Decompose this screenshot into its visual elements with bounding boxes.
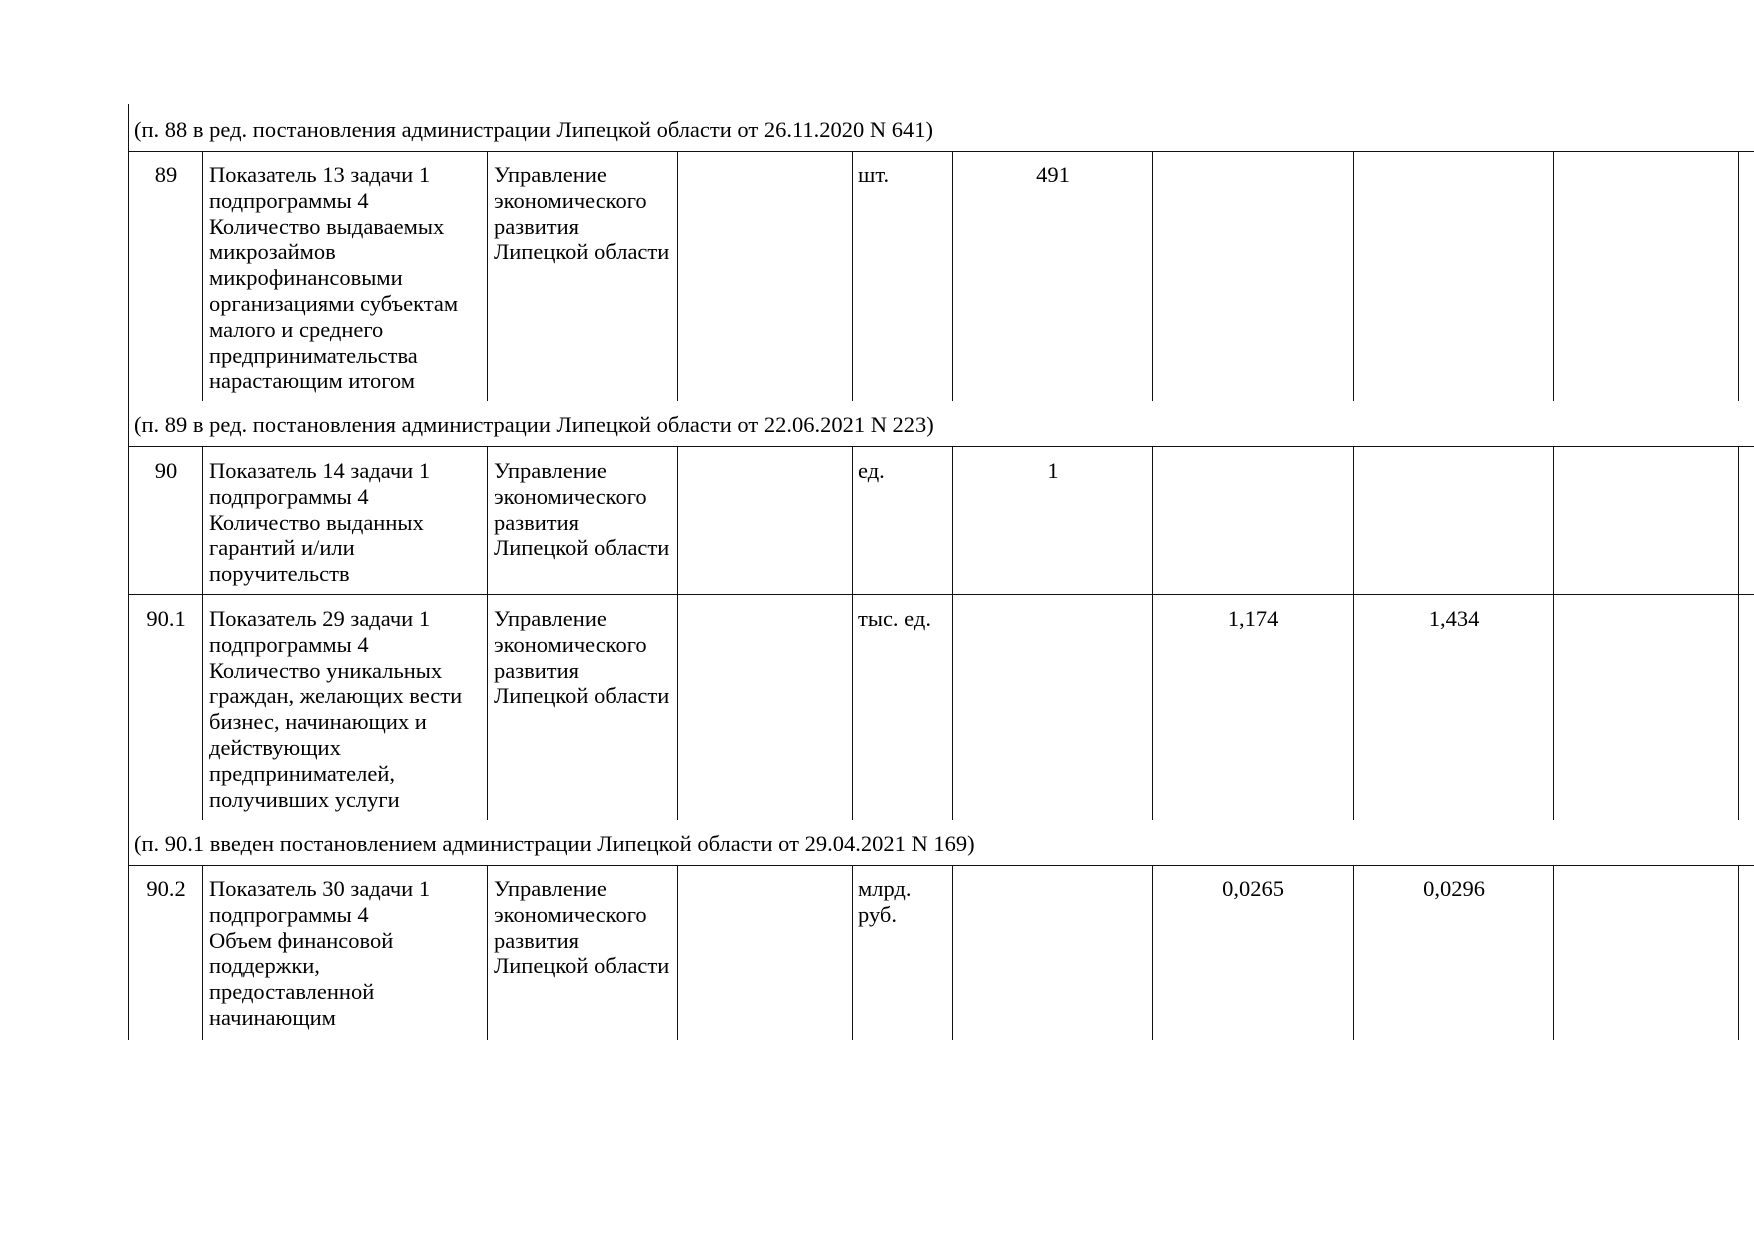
column-divider [1152,446,1153,820]
column-divider [1738,865,1739,1040]
column-divider [677,151,678,401]
column-divider [852,865,853,1040]
row-number: 89 [130,162,202,188]
value-cell: 491 [953,162,1153,188]
column-divider [1353,446,1354,820]
column-divider [1553,151,1554,401]
column-divider [487,446,488,820]
value-cell: 1,174 [1153,606,1353,632]
unit-cell: тыс. ед. [858,606,950,632]
amendment-note: (п. 90.1 введен постановлением администр… [134,831,975,857]
column-divider [1152,151,1153,401]
responsible-cell: Управление экономического развития Липец… [494,606,676,709]
column-divider [852,446,853,820]
unit-cell: млрд. руб. [858,876,950,928]
value-cell: 0,0265 [1153,876,1353,902]
responsible-cell: Управление экономического развития Липец… [494,162,676,265]
row-divider [128,151,1754,152]
column-divider [202,151,203,401]
value-cell: 1,434 [1354,606,1554,632]
responsible-cell: Управление экономического развития Липец… [494,458,676,561]
document-page: (п. 88 в ред. постановления администраци… [0,0,1754,1240]
value-cell: 0,0296 [1354,876,1554,902]
row-number: 90 [130,458,202,484]
column-divider [487,865,488,1040]
row-number: 90.1 [130,606,202,632]
row-divider [128,446,1754,447]
amendment-note: (п. 88 в ред. постановления администраци… [134,117,933,143]
unit-cell: ед. [858,458,950,484]
table-left-border [128,104,129,1040]
column-divider [677,446,678,820]
column-divider [1353,151,1354,401]
row-number: 90.2 [130,876,202,902]
responsible-cell: Управление экономического развития Липец… [494,876,676,979]
column-divider [1553,446,1554,820]
indicator-cell: Показатель 29 задачи 1 подпрограммы 4 Ко… [209,606,485,812]
column-divider [202,865,203,1040]
column-divider [852,151,853,401]
column-divider [487,151,488,401]
unit-cell: шт. [858,162,950,188]
indicator-cell: Показатель 13 задачи 1 подпрограммы 4 Ко… [209,162,485,394]
value-cell: 1 [953,458,1153,484]
column-divider [952,865,953,1040]
column-divider [952,151,953,401]
column-divider [1738,151,1739,401]
amendment-note: (п. 89 в ред. постановления администраци… [134,412,934,438]
indicator-cell: Показатель 30 задачи 1 подпрограммы 4 Об… [209,876,485,1031]
row-divider [128,594,1754,595]
column-divider [677,865,678,1040]
column-divider [952,446,953,820]
column-divider [1738,446,1739,820]
column-divider [202,446,203,820]
row-divider [128,865,1754,866]
indicator-cell: Показатель 14 задачи 1 подпрограммы 4 Ко… [209,458,485,587]
